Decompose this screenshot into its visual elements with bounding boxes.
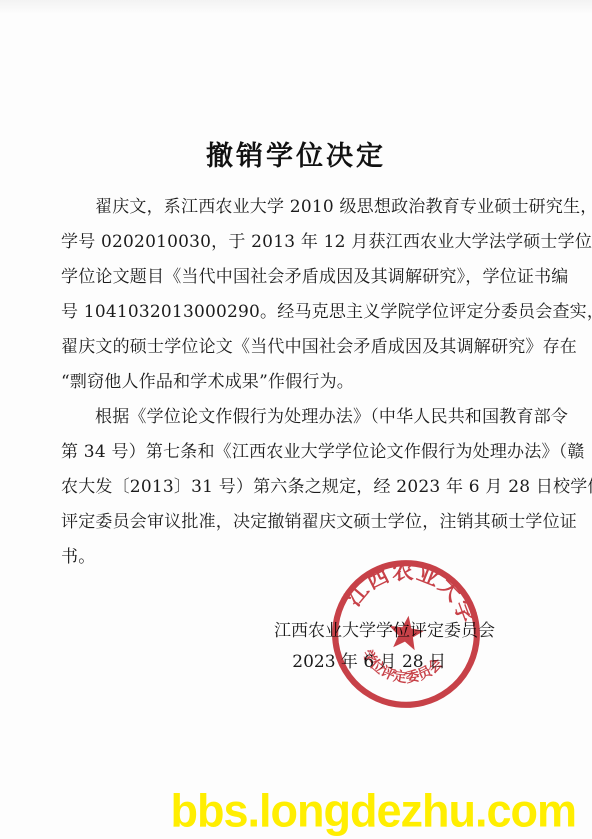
body-line-1: 翟庆文，系江西农业大学 2010 级思想政治教育专业硕士研究生， (61, 190, 539, 225)
signature-date: 2023 年 6 月 28 日 (292, 647, 446, 672)
body-line-5: 翟庆文的硕士学位论文《当代中国社会矛盾成因及其调解研究》存在 (61, 330, 539, 365)
body-line-7: 根据《学位论文作假行为处理办法》（中华人民共和国教育部令 (61, 400, 539, 435)
body-line-10: 评定委员会审议批准，决定撤销翟庆文硕士学位，注销其硕士学位证 (61, 505, 539, 540)
document-body: 翟庆文，系江西农业大学 2010 级思想政治教育专业硕士研究生， 学号 0202… (61, 190, 539, 575)
body-line-4: 号 1041032013000290。经马克思主义学院学位评定分委员会查实， (61, 295, 539, 330)
body-line-2: 学号 0202010030，于 2013 年 12 月获江西农业大学法学硕士学位… (61, 225, 539, 260)
body-line-8: 第 34 号）第七条和《江西农业大学学位论文作假行为处理办法》（赣 (61, 435, 539, 470)
document-title: 撤销学位决定 (0, 134, 592, 173)
watermark-url: bbs.longdezhu.com (171, 784, 577, 838)
document-page: 撤销学位决定 翟庆文，系江西农业大学 2010 级思想政治教育专业硕士研究生， … (0, 0, 592, 839)
body-line-9: 农大发〔2013〕31 号）第六条之规定，经 2023 年 6 月 28 日校学… (61, 470, 539, 505)
body-line-3: 学位论文题目《当代中国社会矛盾成因及其调解研究》，学位证书编 (61, 260, 539, 295)
signature-committee: 江西农业大学学位评定委员会 (274, 616, 495, 641)
body-line-11: 书。 (61, 540, 539, 575)
body-line-6: “剽窃他人作品和学术成果”作假行为。 (61, 365, 539, 400)
